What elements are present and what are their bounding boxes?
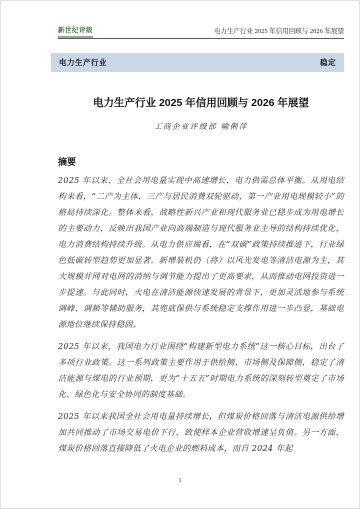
page-number: 1 [1,477,359,484]
report-page: 新世纪评级 电力生产行业 2025 年信用回顾与 2026 年展望 电力生产行业… [0,0,360,509]
header-doc-title: 电力生产行业 2025 年信用回顾与 2026 年展望 [214,26,344,35]
abstract-body: 2025 年以来，全社会用电量实现中高速增长，电力供需总体平衡。从用电结构来看，… [58,168,344,457]
abstract-paragraph-2: 2025 年以来，我国电力行业围绕“构建新型电力系统”这一核心目标，出台了多项行… [58,333,344,403]
industry-bar: 电力生产行业 稳定 [51,53,344,72]
page-content: 新世纪评级 电力生产行业 2025 年信用回顾与 2026 年展望 电力生产行业… [51,1,344,457]
byline: 工商企业评级部 喻俐萍 [58,121,344,132]
brand-logo-text: 新世纪评级 [58,25,93,38]
abstract-paragraph-1: 2025 年以来，全社会用电量实现中高速增长，电力供需总体平衡。从用电结构来看，… [58,168,344,333]
industry-label: 电力生产行业 [59,57,107,68]
report-title: 电力生产行业 2025 年信用回顾与 2026 年展望 [58,95,344,110]
outlook-badge: 稳定 [320,57,336,68]
running-header: 新世纪评级 电力生产行业 2025 年信用回顾与 2026 年展望 [58,1,344,39]
abstract-paragraph-3: 2025 年以来我国全社会用电量持续增长，但煤炭价格回落与清洁电源供给增加共同推… [58,403,344,457]
abstract-heading: 摘要 [58,155,344,168]
